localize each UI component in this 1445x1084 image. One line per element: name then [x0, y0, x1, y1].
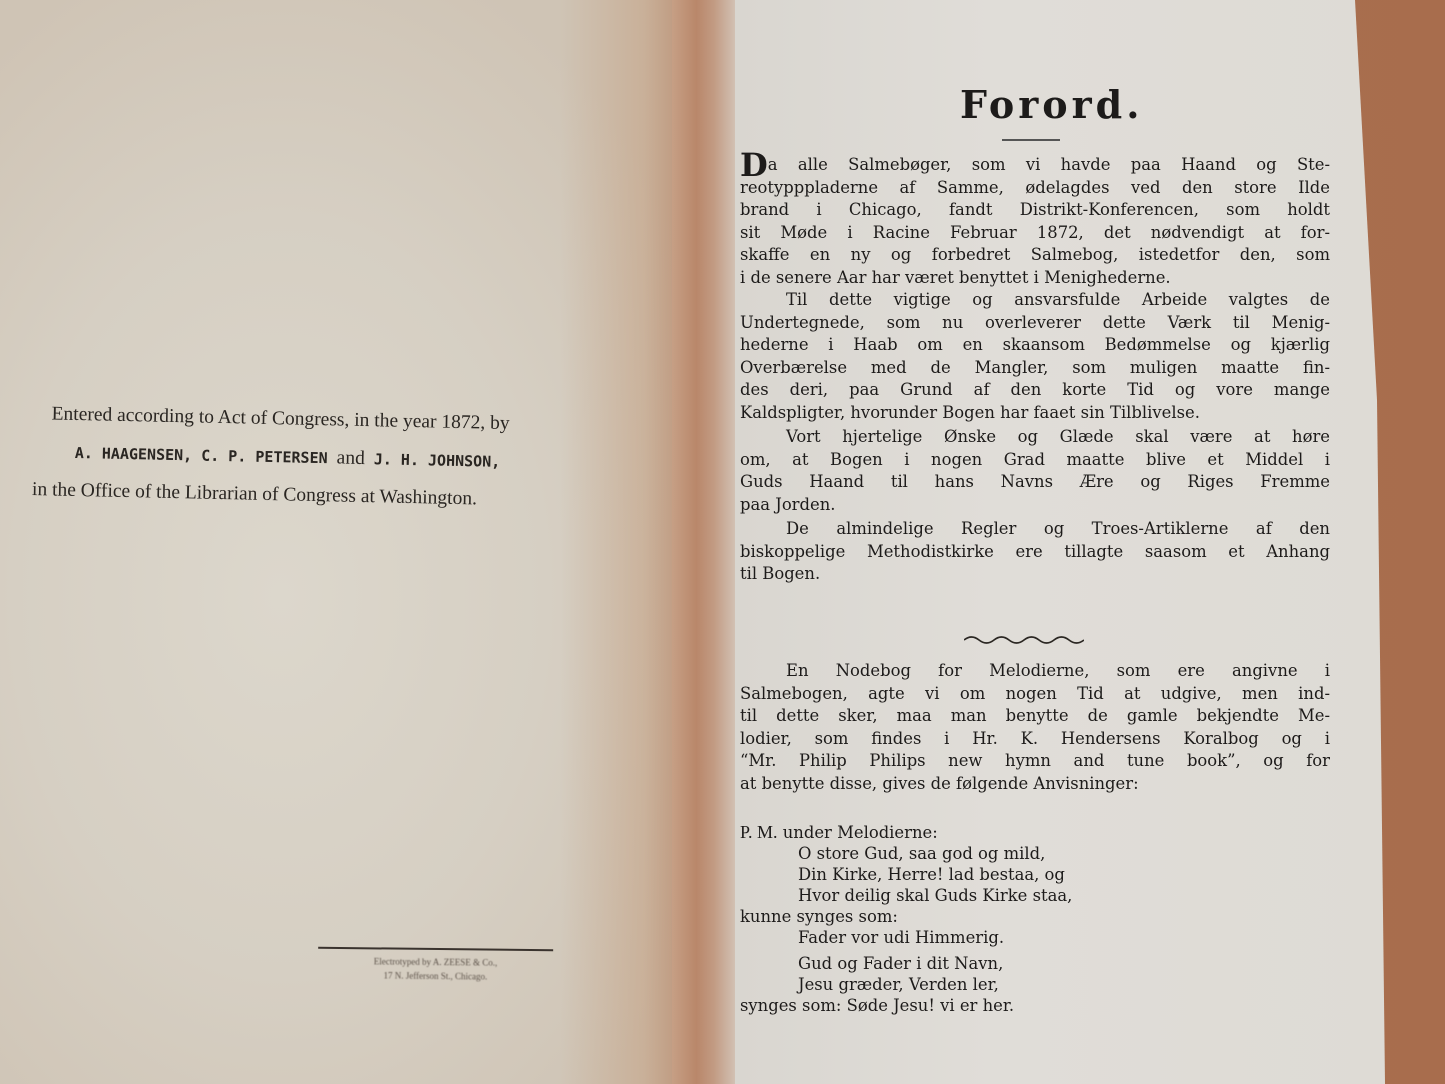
copyright-notice: Entered according to Act of Congress, in… — [28, 395, 620, 521]
hymn-line: Gud og Fader i dit Navn, — [740, 953, 1072, 974]
sung-as-label: kunne synges som: — [740, 906, 1072, 927]
hymn-line: Jesu græder, Verden ler, — [740, 974, 1072, 995]
title-rule — [1002, 139, 1060, 141]
authors-and: and — [336, 447, 365, 469]
hymn-line: Din Kirke, Herre! lad bestaa, og — [740, 864, 1072, 885]
melody-name: Fader vor udi Himmerig. — [740, 927, 1072, 948]
left-page: ​ Entered according to Act of Congress, … — [0, 0, 700, 1084]
printer-line-2: 17 N. Jefferson St., Chicago. — [318, 968, 553, 984]
pm-heading: P. M. under Melodierne: — [740, 822, 1072, 843]
paragraph-2: Til dette vigtige og ansvarsfulde Arbeid… — [740, 289, 1330, 424]
authors-b: J. H. JOHNSON, — [374, 450, 501, 471]
authors-a: A. HAAGENSEN, C. P. PETERSEN — [75, 444, 328, 467]
hymn-line: O store Gud, saa god og mild, — [740, 843, 1072, 864]
book-gutter — [672, 0, 742, 1084]
preface-title: Forord. — [960, 82, 1143, 127]
sung-as-line: synges som: Søde Jesu! vi er her. — [740, 995, 1072, 1016]
wave-divider-icon — [964, 634, 1084, 646]
paragraph-3: Vort hjertelige Ønske og Glæde skal være… — [740, 426, 1330, 516]
imprint-rule — [318, 947, 553, 951]
paragraph-4: De almindelige Regler og Troes-Artiklern… — [740, 518, 1330, 586]
melody-instructions: P. M. under Melodierne: O store Gud, saa… — [740, 822, 1072, 1016]
printer-imprint: Electrotyped by A. ZEESE & Co., 17 N. Je… — [318, 947, 553, 984]
hymn-line: Hvor deilig skal Guds Kirke staa, — [740, 885, 1072, 906]
paragraph-5: En Nodebog for Melodierne, som ere angiv… — [740, 660, 1330, 795]
paragraph-1: Da alle Salmebøger, som vi havde paa Haa… — [740, 154, 1330, 289]
